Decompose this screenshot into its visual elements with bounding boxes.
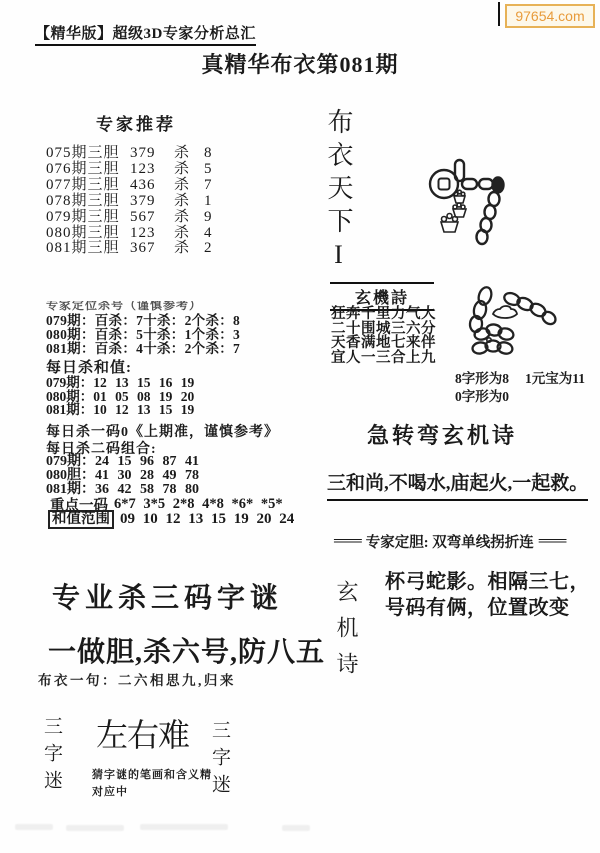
- row-period: 079期三胆: [46, 210, 130, 226]
- expert-recommend-title: 专家推荐: [96, 110, 176, 135]
- scan-noise: [140, 824, 228, 830]
- banner-deco-right: ═══: [539, 534, 566, 550]
- legend-shape8: 8字形为8: [455, 367, 509, 387]
- row-kill-num: 2: [204, 241, 220, 257]
- xuanji-poem: 狂奔千里力气大 二十围城三六分 天香满地七来伴 宜人一三合上九: [331, 307, 436, 365]
- row-dan: 123: [130, 226, 174, 242]
- legend-shape0: 0字形为0: [455, 385, 509, 405]
- sum-range-label: 和值范围: [48, 510, 114, 529]
- table-row: 075期三胆 379 杀 8: [46, 146, 220, 162]
- poem-line: 狂奔千里力气大: [331, 307, 436, 322]
- row-kill-label: 杀: [174, 146, 204, 162]
- sum-line: 081期：10 12 13 15 19: [46, 403, 194, 417]
- position-kill-lines: 079期：百杀：7十杀：2个杀：8 080期：百杀：5十杀：1个杀：3 081期…: [46, 314, 240, 357]
- poem-line: 宜人一三合上九: [331, 351, 436, 366]
- scan-vertical-line: [498, 2, 500, 26]
- poem-line: 二十围城三六分: [331, 322, 436, 337]
- row-dan: 567: [130, 210, 174, 226]
- scan-noise: [282, 825, 310, 831]
- row-kill-num: 7: [204, 178, 220, 194]
- scan-noise: [66, 825, 124, 831]
- site-watermark-badge[interactable]: 97654.com: [505, 4, 595, 28]
- sharp-turn-line: 三和尚,不喝水,庙起火,一起救。: [327, 468, 588, 501]
- sum-range-row: 和值范围 09 10 12 13 15 19 20 24: [48, 510, 294, 529]
- row-kill-num: 8: [204, 146, 220, 162]
- row-period: 081期三胆: [46, 241, 130, 257]
- table-row: 078期三胆 379 杀 1: [46, 194, 220, 210]
- three-char-riddle-right: 三字迷: [206, 720, 233, 801]
- row-period: 078期三胆: [46, 194, 130, 210]
- expert-dan-label: 专家定胆: 双弯单线拐折连: [366, 531, 534, 552]
- scanned-lottery-sheet: 【精华版】超级3D专家分析总汇 97654.com 真精华布衣第081期 专家推…: [0, 0, 600, 853]
- buyi-tianxia-vertical-title: 布衣天下I: [320, 108, 357, 276]
- final-riddle-line2: 号码有俩，位置改变: [385, 591, 570, 620]
- row-kill-num: 1: [204, 194, 220, 210]
- row-period: 077期三胆: [46, 178, 130, 194]
- row-dan: 379: [130, 194, 174, 210]
- three-char-riddle-left: 三字迷: [38, 716, 65, 797]
- scan-noise: [15, 824, 53, 830]
- dan-riddle-line: 一做胆,杀六号,防八五: [48, 630, 325, 670]
- clipped-section-header: 专家定位杀号（谨慎参考）: [46, 301, 266, 311]
- riddle-note-line2: 对应中: [92, 783, 128, 799]
- sum-line: 079期：12 13 15 16 19: [46, 376, 194, 390]
- row-kill-num: 5: [204, 162, 220, 178]
- row-period: 076期三胆: [46, 162, 130, 178]
- row-dan: 436: [130, 178, 174, 194]
- xuanji-vertical-title: 玄机诗: [331, 580, 362, 688]
- expert-dan-banner: ═══ 专家定胆: 双弯单线拐折连 ═══: [334, 531, 565, 552]
- daily-kill-two-lines: 079期：24 15 96 87 41 080胆：41 30 28 49 78 …: [46, 455, 199, 498]
- table-row: 081期三胆 367 杀 2: [46, 241, 220, 257]
- coin-and-beads-drawing: [425, 152, 515, 247]
- row-kill-label: 杀: [174, 241, 204, 257]
- row-kill-num: 9: [204, 210, 220, 226]
- final-riddle-line1: 杯弓蛇影。相隔三七，: [385, 565, 590, 594]
- sum-range-value: 09 10 12 13 15 19 20 24: [120, 511, 294, 528]
- row-dan: 367: [130, 241, 174, 257]
- banner-deco-left: ═══: [334, 534, 361, 550]
- daily-kill-sum-title: 每日杀和值:: [46, 356, 132, 377]
- bead-chain-drawing: [455, 284, 565, 358]
- page-title: 真精华布衣第081期: [150, 48, 450, 79]
- kill-line: 081期：百杀：4十杀：2个杀：7: [46, 342, 240, 356]
- table-row: 076期三胆 123 杀 5: [46, 162, 220, 178]
- row-kill-num: 4: [204, 226, 220, 242]
- daily-kill-sum-lines: 079期：12 13 15 16 19 080期：01 05 08 19 20 …: [46, 376, 194, 417]
- sharp-turn-title: 急转弯玄机诗: [352, 419, 532, 450]
- row-period: 075期三胆: [46, 146, 130, 162]
- row-kill-label: 杀: [174, 162, 204, 178]
- poem-line: 天香满地七来伴: [331, 336, 436, 351]
- riddle-note-line1: 猜字谜的笔画和含义精: [92, 766, 212, 782]
- row-kill-label: 杀: [174, 194, 204, 210]
- row-dan: 123: [130, 162, 174, 178]
- kill-three-riddle-title: 专业杀三码字谜: [52, 576, 283, 616]
- edition-header: 【精华版】超级3D专家分析总汇: [35, 22, 256, 46]
- sum-line: 080期：01 05 08 19 20: [46, 390, 194, 404]
- row-kill-label: 杀: [174, 178, 204, 194]
- table-row: 077期三胆 436 杀 7: [46, 178, 220, 194]
- legend-ingot: 1元宝为11: [525, 367, 585, 387]
- shape-legend-row1: 8字形为8 1元宝为11: [455, 367, 585, 387]
- riddle-big-answer: 左右难: [96, 710, 189, 756]
- expert-recommend-table: 075期三胆 379 杀 8 076期三胆 123 杀 5 077期三胆 436…: [46, 146, 220, 257]
- table-row: 079期三胆 567 杀 9: [46, 210, 220, 226]
- buyi-sentence: 布衣一句：二六相思九,归来: [38, 669, 236, 689]
- row-kill-label: 杀: [174, 210, 204, 226]
- row-dan: 379: [130, 146, 174, 162]
